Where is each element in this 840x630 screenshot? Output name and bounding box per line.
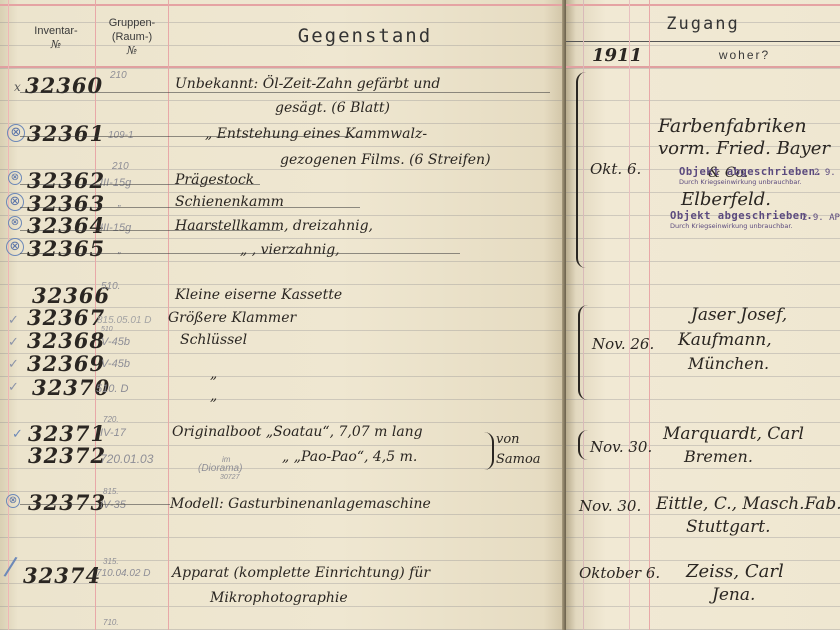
accession-date: Nov. 30. [579, 497, 641, 515]
check-mark-icon: ✓ [8, 313, 19, 328]
group-number: IV-17 [100, 427, 126, 439]
inventar-number: 32361 [27, 121, 105, 146]
header-top-rule [566, 4, 840, 6]
inventar-number: 32362 [27, 168, 105, 193]
strike-line [20, 207, 360, 208]
crossed-circle-mark-icon: ⊗ [8, 171, 22, 185]
item-description-cont: gesägt. (6 Blatt) [275, 100, 390, 116]
header-inventar-no: № [20, 38, 92, 52]
stamp-title: Objekt abgeschrieben. [670, 210, 813, 222]
source-name-cont: Kaufmann, [678, 330, 772, 350]
check-mark-icon: ✓ [8, 335, 19, 350]
source-name: Eittle, C., Masch.Fab. [656, 494, 840, 514]
header-gruppen-label: Gruppen- [98, 16, 166, 30]
item-description: Apparat (komplette Einrichtung) für [172, 565, 430, 581]
check-mark-icon: ✓ [8, 380, 19, 395]
inventar-number: 32365 [27, 236, 105, 261]
source-city: Elberfeld. [681, 189, 771, 210]
item-description: Prägestock [175, 172, 254, 188]
group-number: „ [118, 245, 121, 256]
source-city: Stuttgart. [686, 517, 770, 537]
strike-line [20, 253, 460, 254]
crossed-circle-mark-icon: ⊗ [8, 216, 22, 230]
samoa-annotation-line1: von [496, 432, 520, 447]
header-bottom-rule [0, 66, 566, 68]
header-inventar-label: Inventar- [20, 24, 92, 38]
group-number: III-15g [100, 222, 131, 234]
source-city: Jena. [712, 585, 755, 605]
item-description: „ , vierzahnig, [240, 242, 340, 258]
group-number: V-45b [101, 336, 130, 348]
stamp-date: 2 9. [814, 168, 836, 178]
source-name: Farbenfabriken [658, 115, 807, 137]
item-description-cont: Mikrophotographie [210, 590, 348, 606]
accession-date: Nov. 26. [592, 335, 654, 353]
inventar-number: 32360 [25, 73, 103, 98]
header-woher: woher? [649, 48, 840, 62]
ledger-right-page: Zugang 1911 woher? Okt. 6. Farbenfabrike… [566, 0, 840, 630]
strike-line [20, 136, 360, 137]
check-mark-icon: ✓ [8, 357, 19, 372]
header-year: 1911 [592, 45, 642, 66]
item-description: Schlüssel [180, 332, 247, 348]
source-name: Marquardt, Carl [663, 424, 804, 444]
strike-line [20, 92, 550, 93]
group-number: III-15g [100, 177, 131, 189]
accession-date: Nov. 30. [590, 438, 652, 456]
source-city: München. [688, 354, 769, 373]
header-top-rule [0, 4, 566, 6]
written-off-stamp: Objekt abgeschrieben. Durch Kriegseinwir… [670, 210, 813, 230]
source-name-cont: vorm. Fried. Bayer [658, 138, 830, 159]
diorama-note-number: 30727 [220, 474, 239, 481]
header-gruppen-no: № [98, 44, 166, 58]
inventar-number: 32374 [23, 563, 101, 588]
crossed-circle-mark-icon: ⊗ [7, 124, 25, 142]
crossed-circle-mark-icon: ⊗ [6, 193, 24, 211]
group-number: 510. D [96, 383, 128, 395]
header-inventar: Inventar- № [20, 24, 92, 52]
group-number: IV-35 [100, 499, 126, 511]
group-number: 710.04.02 D [96, 568, 151, 579]
group-number-top: 815. [103, 487, 119, 496]
samoa-annotation-line2: Samoa [496, 452, 541, 467]
item-description: „ [210, 388, 217, 404]
source-name: Jaser Josef, [691, 305, 787, 325]
item-description: Modell: Gasturbinenanlagemaschine [170, 496, 431, 512]
group-number: V-45b [101, 358, 130, 370]
inventar-number: 32368 [27, 328, 105, 353]
inventar-number: 32369 [27, 351, 105, 376]
group-number: 720.01.03 [100, 452, 153, 466]
group-number-top: 315. [103, 557, 119, 566]
strike-line [20, 504, 170, 505]
group-number-top: 210 [112, 161, 129, 172]
group-number-top: 720. [103, 415, 119, 424]
item-description: „ [210, 366, 217, 382]
header-raum-label: (Raum-) [98, 30, 166, 44]
item-description: Haarstellkamm, dreizahnig, [175, 218, 373, 234]
item-description: Kleine eiserne Kassette [175, 287, 342, 303]
written-off-stamp: Objekt abgeschrieben. Durch Kriegseinwir… [679, 166, 822, 186]
item-description: „ Entstehung eines Kammwalz- [205, 126, 427, 142]
inventar-number: 32364 [27, 213, 105, 238]
crossed-circle-mark-icon: ⊗ [6, 494, 20, 508]
stamp-subtitle: Durch Kriegseinwirkung unbrauchbar. [670, 222, 813, 230]
column-divider-day [629, 0, 630, 630]
ledger-left-page: Inventar- № Gruppen- (Raum-) № Gegenstan… [0, 0, 566, 630]
item-description: Größere Klammer [168, 310, 296, 326]
inventar-number: 32367 [27, 305, 105, 330]
source-city: Bremen. [684, 447, 753, 466]
item-description: Unbekannt: Öl-Zeit-Zahn gefärbt und [175, 76, 440, 92]
group-number-top: 210 [110, 70, 127, 81]
check-mark-icon: ✓ [12, 427, 23, 442]
item-description-cont: gezogenen Films. (6 Streifen) [280, 152, 491, 168]
header-zugang: Zugang [566, 14, 840, 34]
group-number-partial: 710. [103, 618, 119, 627]
group-number-top: 510 [101, 326, 113, 333]
group-brace [578, 305, 588, 400]
stamp-title: Objekt abgeschrieben. [679, 166, 822, 178]
zugang-underline [566, 41, 840, 42]
strike-line [20, 184, 260, 185]
item-description: Originalboot „Soatau“, 7,07 m lang [172, 424, 423, 440]
strike-line [20, 230, 280, 231]
stamp-date: 2 9. APR [802, 213, 840, 223]
stamp-subtitle: Durch Kriegseinwirkung unbrauchbar. [679, 178, 822, 186]
header-gruppen: Gruppen- (Raum-) № [98, 16, 166, 58]
header-gegenstand: Gegenstand [170, 25, 560, 47]
group-number: 510. [101, 281, 120, 292]
group-brace [576, 72, 586, 268]
samoa-brace [484, 432, 494, 470]
header-bottom-rule [566, 66, 840, 68]
group-number: 815.05.01 D [97, 315, 152, 326]
source-name: Zeiss, Carl [686, 561, 784, 582]
inventar-number: 32372 [28, 443, 106, 468]
group-brace [578, 430, 588, 460]
column-divider-woher [649, 0, 650, 630]
inventar-number: 32373 [28, 490, 106, 515]
diorama-note-label: (Diorama) [198, 463, 242, 474]
item-description: „ „Pao-Pao“, 4,5 m. [282, 449, 417, 465]
accession-date: Oktober 6. [579, 564, 660, 582]
accession-date: Okt. 6. [590, 160, 641, 178]
